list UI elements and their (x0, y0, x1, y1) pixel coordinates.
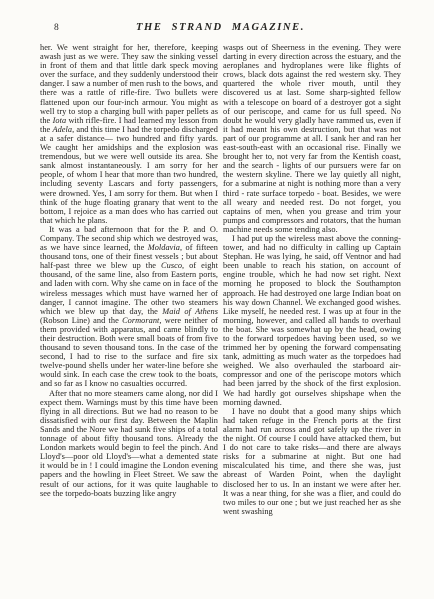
right-column: wasps out of Sheerness in the evening. T… (223, 43, 401, 516)
magazine-page-scan: 8 THE STRAND MAGAZINE. her. We went stra… (0, 0, 434, 599)
left-column: her. We went straight for her, therefore… (40, 43, 218, 498)
ship-name: Cormorant (122, 316, 159, 325)
ship-name: Cusco (161, 261, 182, 270)
running-title: THE STRAND MAGAZINE. (40, 22, 401, 33)
paragraph: I have no doubt that a good many ships w… (223, 407, 401, 516)
paragraph: wasps out of Sheerness in the evening. T… (223, 43, 401, 234)
paragraph: It was a bad afternoon that for the P. a… (40, 225, 218, 389)
ship-name: Moldavia (148, 243, 180, 252)
paragraph: I had put up the wireless mast above the… (223, 234, 401, 407)
ship-name: Iota (53, 116, 67, 125)
ship-name: Adela (52, 125, 72, 134)
ship-name: Maid of Athens (162, 307, 218, 316)
page-header: 8 THE STRAND MAGAZINE. (40, 22, 401, 36)
paragraph: After that no more steamers came along, … (40, 389, 218, 498)
paragraph: her. We went straight for her, therefore… (40, 43, 218, 225)
